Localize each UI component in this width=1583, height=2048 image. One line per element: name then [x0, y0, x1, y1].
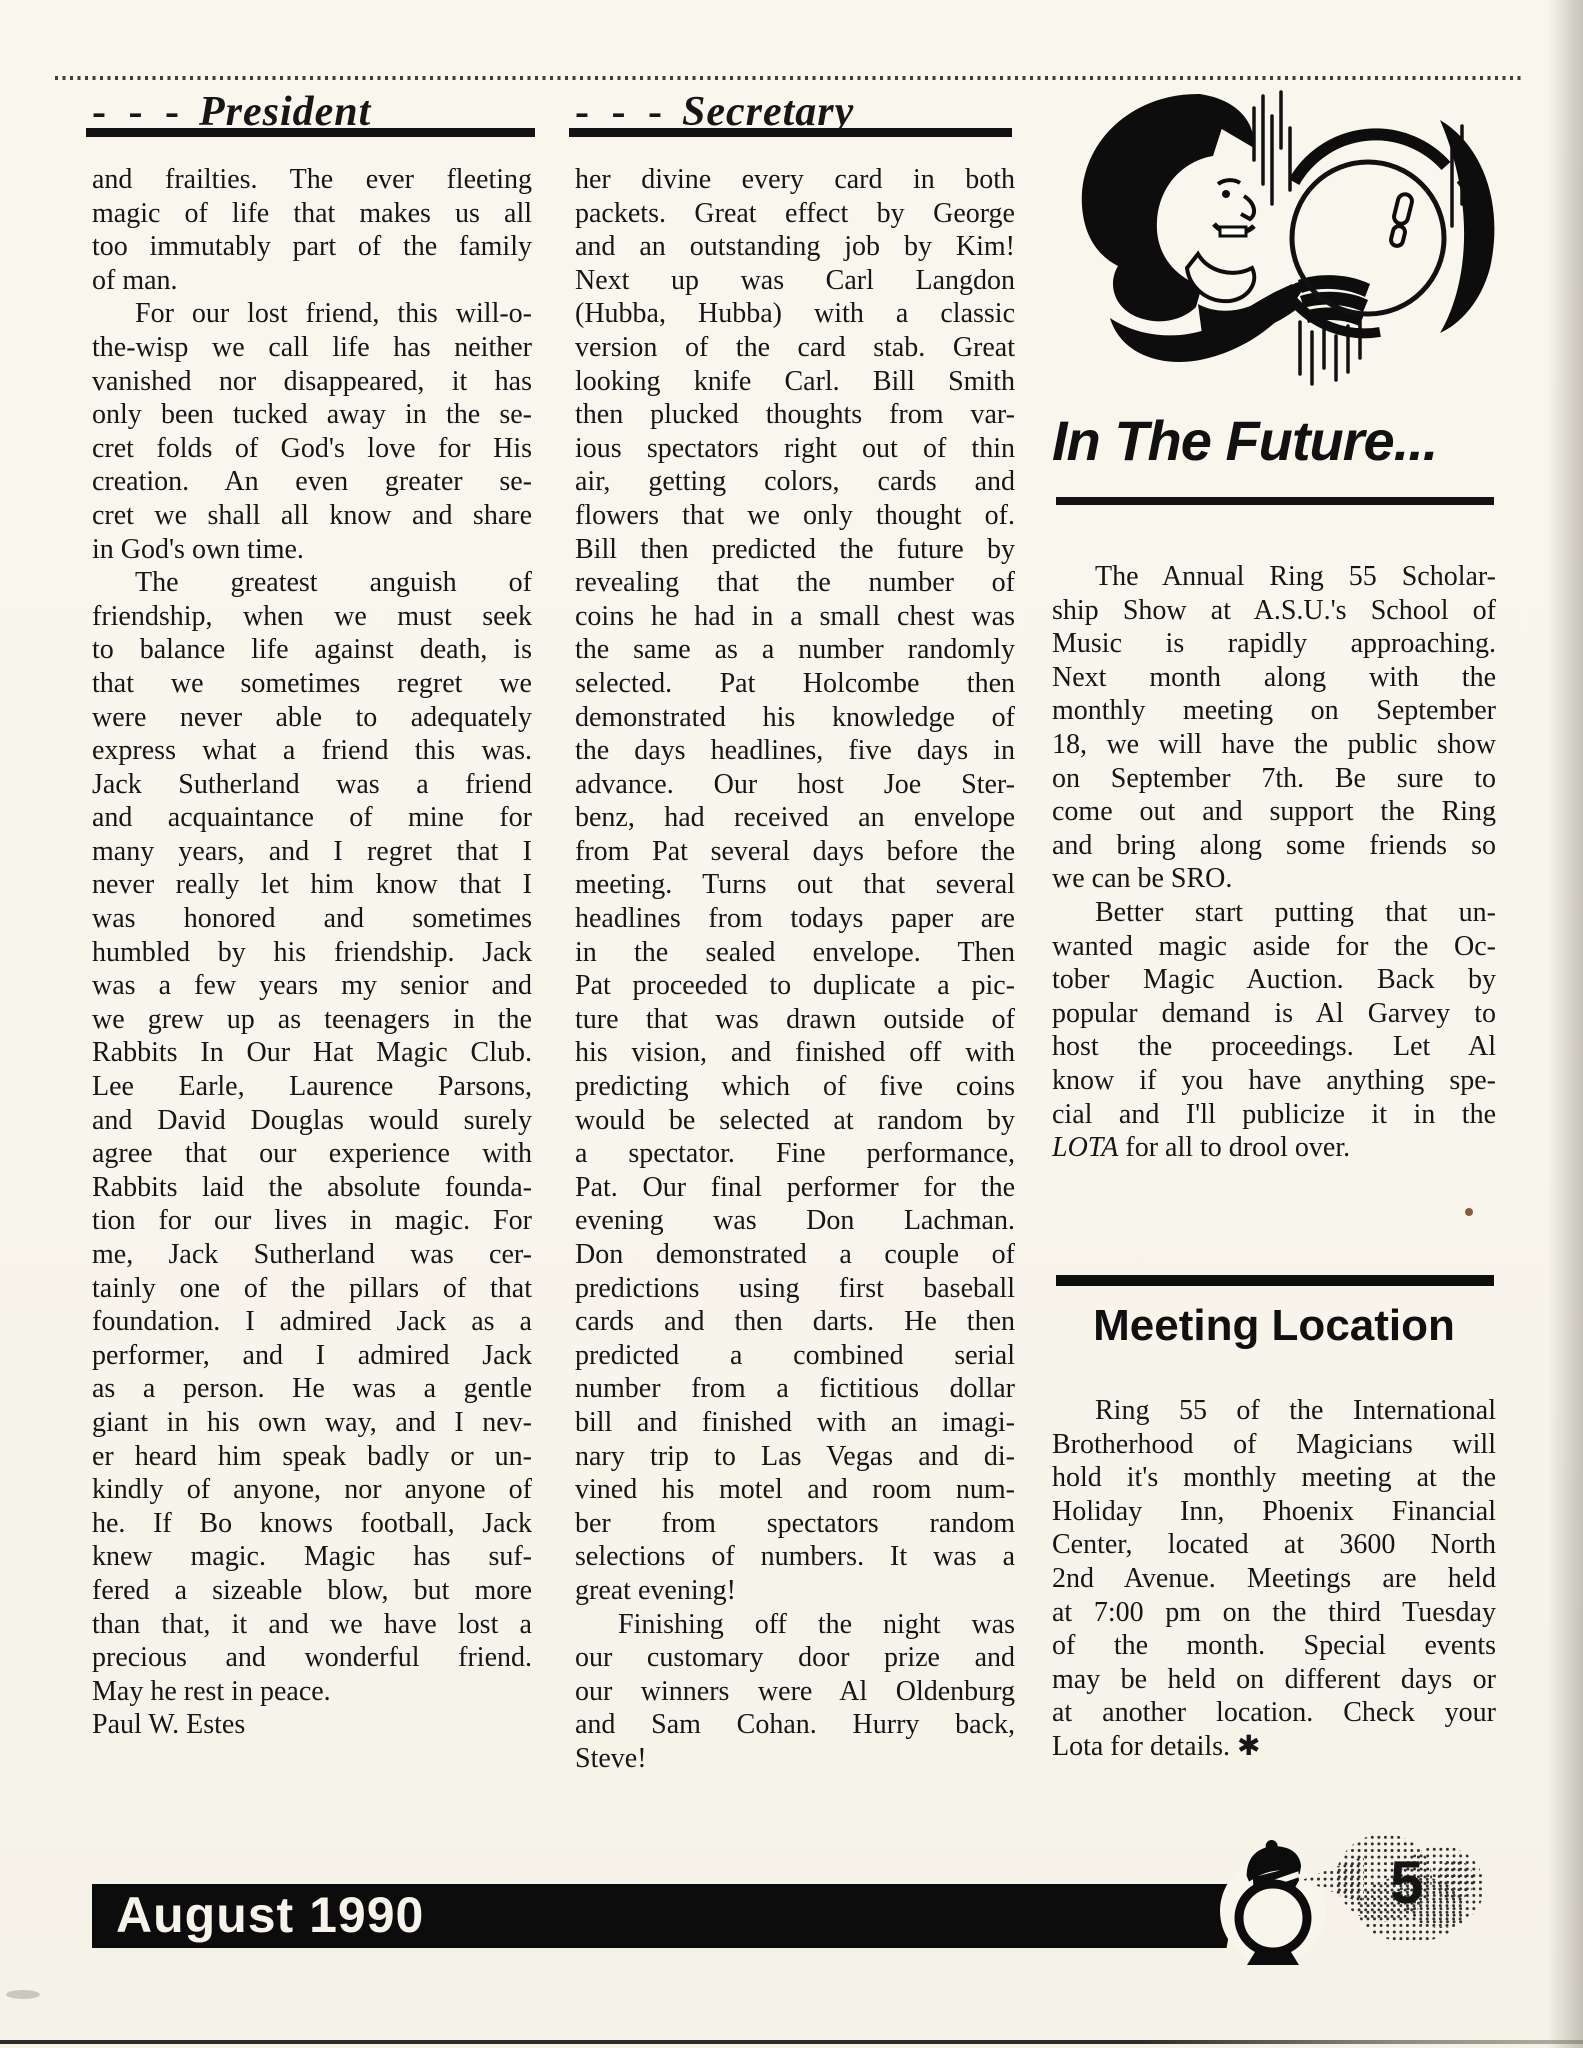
text-line: LOTA for all to drool over. [1052, 1131, 1496, 1165]
top-dotted-rule [55, 76, 1523, 80]
text-line: Jack Sutherland was a friend [92, 768, 532, 802]
meeting-location-title: Meeting Location [1052, 1301, 1496, 1351]
text-line: Music is rapidly approaching. [1052, 627, 1496, 661]
text-line: air, getting colors, cards and [575, 465, 1015, 499]
text-line: Steve! [575, 1742, 1015, 1776]
page-number-cloud [1436, 1860, 1474, 1900]
text-line: Finishing off the night was [575, 1608, 1015, 1642]
text-line: express what a friend this was. [92, 734, 532, 768]
in-the-future-rule [1056, 497, 1494, 505]
text-line: bill and finished with an imagi- [575, 1406, 1015, 1440]
text-line: me, Jack Sutherland was cer- [92, 1238, 532, 1272]
text-line: advance. Our host Joe Ster- [575, 768, 1015, 802]
text-line: to balance life against death, is [92, 633, 532, 667]
fortune-teller-crystal-ball-illustration [1048, 86, 1500, 394]
text-line: wanted magic aside for the Oc- [1052, 930, 1496, 964]
text-line: and frailties. The ever fleeting [92, 163, 532, 197]
text-line: many years, and I regret that I [92, 835, 532, 869]
text-line: at 7:00 pm on the third Tuesday [1052, 1596, 1496, 1630]
text-line: popular demand is Al Garvey to [1052, 997, 1496, 1031]
text-line: packets. Great effect by George [575, 197, 1015, 231]
text-line: and acquaintance of mine for [92, 801, 532, 835]
text-line: in the sealed envelope. Then [575, 936, 1015, 970]
text-line: demonstrated his knowledge of [575, 701, 1015, 735]
text-line: host the proceedings. Let Al [1052, 1030, 1496, 1064]
text-line: Center, located at 3600 North [1052, 1528, 1496, 1562]
text-line: Better start putting that un- [1052, 896, 1496, 930]
text-line: Next month along with the [1052, 661, 1496, 695]
footer-date: August 1990 [116, 1884, 424, 1948]
text-line: may be held on different days or [1052, 1663, 1496, 1697]
text-line: number from a fictitious dollar [575, 1372, 1015, 1406]
in-the-future-article: The Annual Ring 55 Scholar-ship Show at … [1052, 560, 1496, 1165]
text-line: Lee Earle, Laurence Parsons, [92, 1070, 532, 1104]
text-line: monthly meeting on September [1052, 694, 1496, 728]
text-line: predicting which of five coins [575, 1070, 1015, 1104]
text-line: was honored and sometimes [92, 902, 532, 936]
text-line: Next up was Carl Langdon [575, 264, 1015, 298]
text-line: evening was Don Lachman. [575, 1204, 1015, 1238]
text-line: vanished nor disappeared, it has [92, 365, 532, 399]
text-line: meeting. Turns out that several [575, 868, 1015, 902]
newsletter-page: - - -President and frailties. The ever f… [0, 0, 1583, 2048]
text-line: Holiday Inn, Phoenix Financial [1052, 1495, 1496, 1529]
text-line: er heard him speak badly or un- [92, 1440, 532, 1474]
text-line: knew magic. Magic has suf- [92, 1540, 532, 1574]
text-line: the same as a number randomly [575, 633, 1015, 667]
text-line: would be selected at random by [575, 1104, 1015, 1138]
in-the-future-title: In The Future... [1052, 408, 1496, 473]
text-line: 2nd Avenue. Meetings are held [1052, 1562, 1496, 1596]
text-line: from Pat several days before the [575, 835, 1015, 869]
text-line: that we sometimes regret we [92, 667, 532, 701]
text-line: and David Douglas would surely [92, 1104, 532, 1138]
text-line: humbled by his friendship. Jack [92, 936, 532, 970]
text-line: Pat. Our final performer for the [575, 1171, 1015, 1205]
text-line: and Sam Cohan. Hurry back, [575, 1708, 1015, 1742]
text-line: of man. [92, 264, 532, 298]
text-line: ious spectators right out of thin [575, 432, 1015, 466]
scan-right-edge [1547, 0, 1583, 2048]
text-line: Rabbits laid the absolute founda- [92, 1171, 532, 1205]
text-line: of the month. Special events [1052, 1629, 1496, 1663]
text-line: our winners were Al Oldenburg [575, 1675, 1015, 1709]
text-line: (Hubba, Hubba) with a classic [575, 297, 1015, 331]
text-line: friendship, when we must seek [92, 600, 532, 634]
text-line: Ring 55 of the International [1052, 1394, 1496, 1428]
text-line: The greatest anguish of [92, 566, 532, 600]
secretary-header-rule [569, 128, 1012, 137]
text-line: the days headlines, five days in [575, 734, 1015, 768]
footer-date-bar: August 1990 [92, 1884, 1238, 1948]
text-line: never really let him know that I [92, 868, 532, 902]
text-line: 18, we will have the public show [1052, 728, 1496, 762]
text-line: predictions using first baseball [575, 1272, 1015, 1306]
text-line: only been tucked away in the se- [92, 398, 532, 432]
text-line: predicted a combined serial [575, 1339, 1015, 1373]
text-line: May he rest in peace. [92, 1675, 532, 1709]
text-line: performer, and I admired Jack [92, 1339, 532, 1373]
president-header-rule [86, 128, 535, 137]
text-line: her divine every card in both [575, 163, 1015, 197]
text-line: Lota for details. ✱ [1052, 1730, 1496, 1764]
text-line: precious and wonderful friend. [92, 1641, 532, 1675]
text-line: he. If Bo knows football, Jack [92, 1507, 532, 1541]
text-line: his vision, and finished off with [575, 1036, 1015, 1070]
text-line: Don demonstrated a couple of [575, 1238, 1015, 1272]
text-line: tainly one of the pillars of that [92, 1272, 532, 1306]
text-line: come out and support the Ring [1052, 795, 1496, 829]
text-line: we can be SRO. [1052, 862, 1496, 896]
text-line: and an outstanding job by Kim! [575, 230, 1015, 264]
text-line: benz, had received an envelope [575, 801, 1015, 835]
text-line: Brotherhood of Magicians will [1052, 1428, 1496, 1462]
page-number: 5 [1390, 1848, 1423, 1917]
text-line: at another location. Check your [1052, 1696, 1496, 1730]
text-line: The Annual Ring 55 Scholar- [1052, 560, 1496, 594]
text-line: kindly of anyone, nor anyone of [92, 1473, 532, 1507]
text-line: headlines from todays paper are [575, 902, 1015, 936]
meeting-location-article: Ring 55 of the InternationalBrotherhood … [1052, 1394, 1496, 1764]
text-line: looking knife Carl. Bill Smith [575, 365, 1015, 399]
text-line: magic of life that makes us all [92, 197, 532, 231]
text-line: revealing that the number of [575, 566, 1015, 600]
text-line: on September 7th. Be sure to [1052, 762, 1496, 796]
text-line: tion for our lives in magic. For [92, 1204, 532, 1238]
text-line: Bill then predicted the future by [575, 533, 1015, 567]
text-line: Rabbits In Our Hat Magic Club. [92, 1036, 532, 1070]
text-line: tober Magic Auction. Back by [1052, 963, 1496, 997]
text-line: were never able to adequately [92, 701, 532, 735]
text-line: Pat proceeded to duplicate a pic- [575, 969, 1015, 1003]
text-line: was a few years my senior and [92, 969, 532, 1003]
paper-smudge [6, 1990, 40, 1999]
text-line: hold it's monthly meeting at the [1052, 1461, 1496, 1495]
paper-speck [1465, 1208, 1473, 1216]
president-article: and frailties. The ever fleetingmagic of… [92, 163, 532, 1742]
secretary-article: her divine every card in bothpackets. Gr… [575, 163, 1015, 1776]
text-line: great evening! [575, 1574, 1015, 1608]
lota-lamp-icon [1223, 1840, 1323, 1970]
text-line: creation. An even greater se- [92, 465, 532, 499]
text-line: ship Show at A.S.U.'s School of [1052, 594, 1496, 628]
text-line: selections of numbers. It was a [575, 1540, 1015, 1574]
text-line: giant in his own way, and I nev- [92, 1406, 532, 1440]
text-line: than that, it and we have lost a [92, 1608, 532, 1642]
text-line: For our lost friend, this will-o- [92, 297, 532, 331]
text-line: selected. Pat Holcombe then [575, 667, 1015, 701]
text-line: nary trip to Las Vegas and di- [575, 1440, 1015, 1474]
scan-bottom-edge [0, 2040, 1583, 2044]
text-line: know if you have anything spe- [1052, 1064, 1496, 1098]
text-line: ber from spectators random [575, 1507, 1015, 1541]
text-line: our customary door prize and [575, 1641, 1015, 1675]
meeting-location-bar [1056, 1275, 1494, 1286]
text-line: cial and I'll publicize it in the [1052, 1098, 1496, 1132]
text-line: and bring along some friends so [1052, 829, 1496, 863]
text-line: a spectator. Fine performance, [575, 1137, 1015, 1171]
text-line: too immutably part of the family [92, 230, 532, 264]
text-line: foundation. I admired Jack as a [92, 1305, 532, 1339]
text-line: ture that was drawn outside of [575, 1003, 1015, 1037]
text-line: vined his motel and room num- [575, 1473, 1015, 1507]
text-line: cards and then darts. He then [575, 1305, 1015, 1339]
text-line: the-wisp we call life has neither [92, 331, 532, 365]
text-line: cret folds of God's love for His [92, 432, 532, 466]
text-line: agree that our experience with [92, 1137, 532, 1171]
text-line: then plucked thoughts from var- [575, 398, 1015, 432]
text-line: in God's own time. [92, 533, 532, 567]
text-line: we grew up as teenagers in the [92, 1003, 532, 1037]
text-line: flowers that we only thought of. [575, 499, 1015, 533]
text-line: fered a sizeable blow, but more [92, 1574, 532, 1608]
text-line: cret we shall all know and share [92, 499, 532, 533]
text-line: as a person. He was a gentle [92, 1372, 532, 1406]
text-line: coins he had in a small chest was [575, 600, 1015, 634]
text-line: version of the card stab. Great [575, 331, 1015, 365]
text-line: Paul W. Estes [92, 1708, 532, 1742]
